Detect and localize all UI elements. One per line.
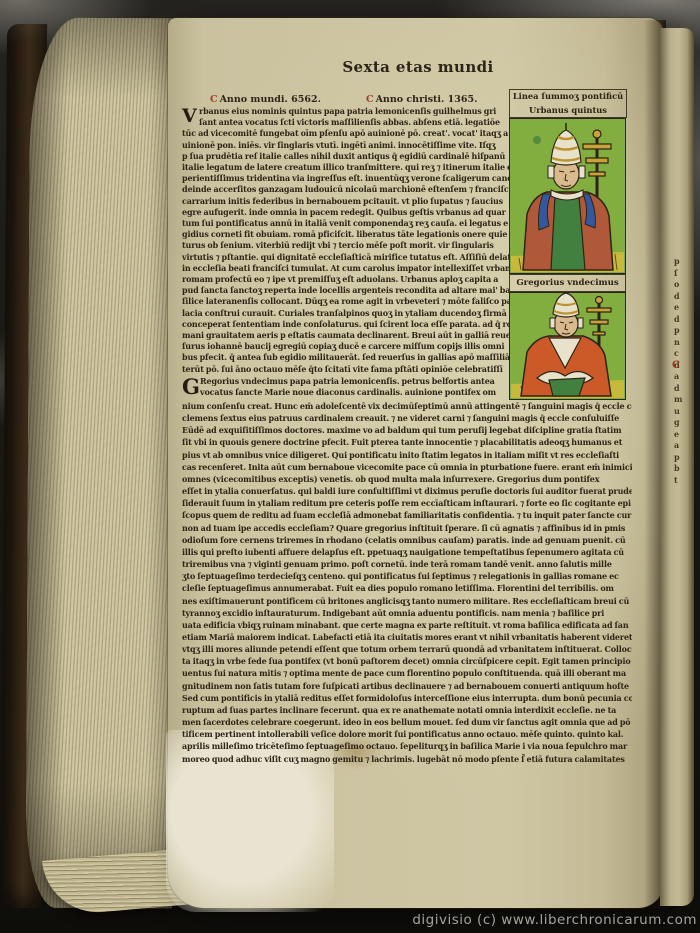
rubric-mark: C xyxy=(366,94,374,105)
paragraph-urbanus: V rbanus eius nominis quintus papa patri… xyxy=(182,106,512,375)
facing-page-letter-fragments: pſodedpncdadmugeapbt xyxy=(674,256,688,486)
facing-page-edge: pſodedpncdadmugeapbt C xyxy=(660,28,694,906)
facing-page-rubric-mark: C xyxy=(672,360,680,371)
anno-christi-label: CAnno christi. 1365. xyxy=(366,94,477,105)
drop-cap-initial: V xyxy=(182,106,199,127)
caption-line: Urbanus quintus xyxy=(510,104,626,118)
gregorius-caption: Gregorius vndecimus xyxy=(509,274,626,292)
caption-line: Linea ſummoʒ pontificū xyxy=(510,90,626,104)
page-title: Sexta etas mundi xyxy=(296,58,540,76)
drop-cap-initial: G xyxy=(182,376,200,398)
paragraph-gregorius-body: nium conſenſu creat. Hunc em̄ adoleſcent… xyxy=(182,400,632,765)
body-text-lines: Regorius vndecimus papa patria lemonicen… xyxy=(182,376,512,398)
watermark-text: digivisio (c) www.liberchronicarum.com xyxy=(412,912,697,928)
paragraph-gregorius-start: G Regorius vndecimus papa patria lemonic… xyxy=(182,376,512,398)
body-text-lines: rbanus eius nominis quintus papa patria … xyxy=(182,106,512,375)
body-text-lines: nium conſenſu creat. Hunc em̄ adoleſcent… xyxy=(182,400,632,765)
rubric-mark: C xyxy=(210,94,218,105)
page-fore-edges-left xyxy=(26,18,177,909)
linea-pontificum-caption: Linea ſummoʒ pontificū Urbanus quintus xyxy=(509,89,627,118)
manuscript-page: Sexta etas mundi CAnno mundi. 6562. CAnn… xyxy=(168,18,664,908)
pope-urban-v-woodcut xyxy=(509,118,626,278)
photo-background: Sexta etas mundi CAnno mundi. 6562. CAnn… xyxy=(0,0,700,933)
anno-mundi-label: CAnno mundi. 6562. xyxy=(210,94,321,105)
pope-gregory-xi-woodcut xyxy=(509,292,626,404)
